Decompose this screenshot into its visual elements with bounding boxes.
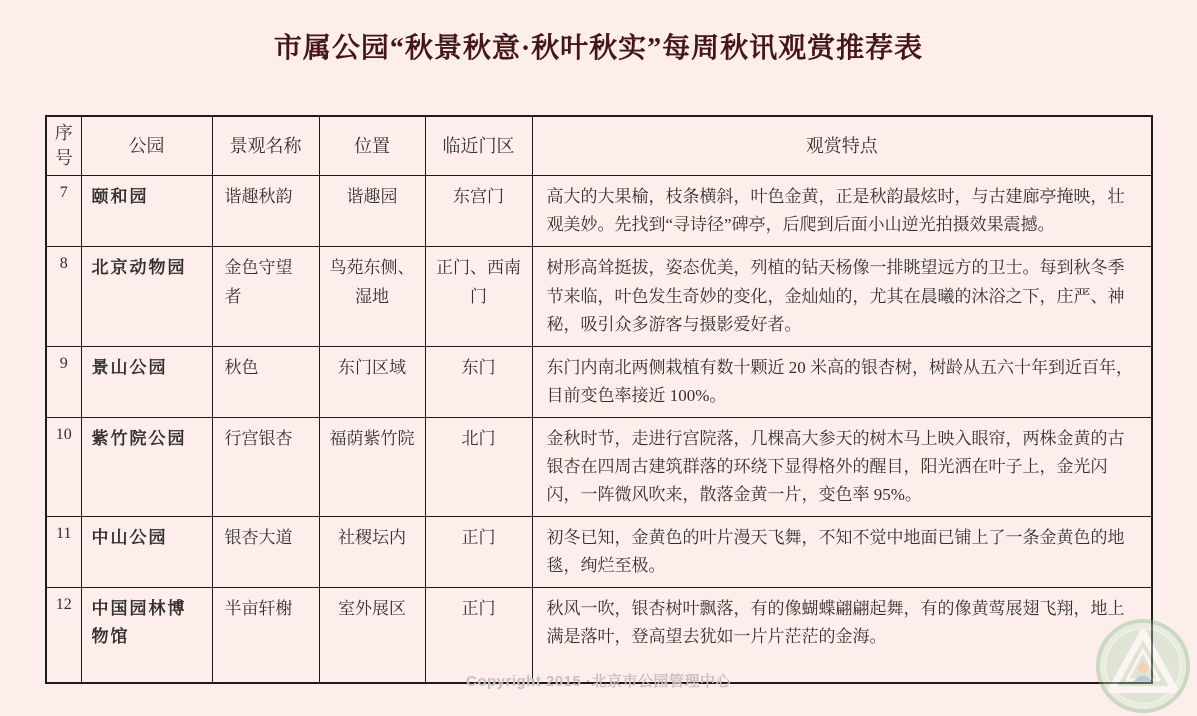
table-row: 8 北京动物园 金色守望者 鸟苑东侧、湿地 正门、西南门 树形高耸挺拔，姿态优美… xyxy=(46,247,1152,346)
cell-viewing-features: 树形高耸挺拔，姿态优美，列植的钻天杨像一排眺望远方的卫士。每到秋冬季节来临，叶色… xyxy=(532,247,1152,346)
beijing-parks-emblem-icon xyxy=(1094,617,1192,715)
autumn-recommendation-table: 序号 公园 景观名称 位置 临近门区 观赏特点 7 颐和园 谐趣秋韵 谐趣园 东… xyxy=(45,115,1153,684)
header-serial-number: 序号 xyxy=(46,116,81,176)
cell-location: 福荫紫竹院 xyxy=(319,417,425,516)
cell-location: 谐趣园 xyxy=(319,176,425,247)
header-scenic-name: 景观名称 xyxy=(212,116,319,176)
cell-viewing-features: 高大的大果榆，枝条横斜，叶色金黄，正是秋韵最炫时，与古建廊亭掩映，壮观美妙。先找… xyxy=(532,176,1152,247)
table-header-row: 序号 公园 景观名称 位置 临近门区 观赏特点 xyxy=(46,116,1152,176)
table-row: 7 颐和园 谐趣秋韵 谐趣园 东宫门 高大的大果榆，枝条横斜，叶色金黄，正是秋韵… xyxy=(46,176,1152,247)
cell-location: 社稷坛内 xyxy=(319,516,425,587)
cell-serial-number: 9 xyxy=(46,346,81,417)
header-location: 位置 xyxy=(319,116,425,176)
cell-nearby-gate: 正门 xyxy=(425,516,532,587)
cell-nearby-gate: 东门 xyxy=(425,346,532,417)
header-nearby-gate: 临近门区 xyxy=(425,116,532,176)
cell-location: 东门区域 xyxy=(319,346,425,417)
cell-scenic-name: 金色守望者 xyxy=(212,247,319,346)
cell-nearby-gate: 东宫门 xyxy=(425,176,532,247)
cell-park: 景山公园 xyxy=(81,346,212,417)
cell-park: 北京动物园 xyxy=(81,247,212,346)
cell-scenic-name: 秋色 xyxy=(212,346,319,417)
header-viewing-features: 观赏特点 xyxy=(532,116,1152,176)
cell-serial-number: 8 xyxy=(46,247,81,346)
header-park: 公园 xyxy=(81,116,212,176)
cell-park: 颐和园 xyxy=(81,176,212,247)
cell-viewing-features: 东门内南北两侧栽植有数十颗近 20 米高的银杏树，树龄从五六十年到近百年，目前变… xyxy=(532,346,1152,417)
cell-park: 中山公园 xyxy=(81,516,212,587)
cell-nearby-gate: 北门 xyxy=(425,417,532,516)
cell-viewing-features: 金秋时节，走进行宫院落，几棵高大参天的树木马上映入眼帘，两株金黄的古银杏在四周古… xyxy=(532,417,1152,516)
table-row: 11 中山公园 银杏大道 社稷坛内 正门 初冬已知，金黄色的叶片漫天飞舞，不知不… xyxy=(46,516,1152,587)
cell-viewing-features: 初冬已知，金黄色的叶片漫天飞舞，不知不觉中地面已铺上了一条金黄色的地毯，绚烂至极… xyxy=(532,516,1152,587)
cell-scenic-name: 银杏大道 xyxy=(212,516,319,587)
cell-serial-number: 10 xyxy=(46,417,81,516)
copyright-text: Copyright 2015 ·北京市公园管理中心 xyxy=(0,670,1197,691)
page-title: 市属公园“秋景秋意·秋叶秋实”每周秋讯观赏推荐表 xyxy=(0,26,1197,66)
table-row: 9 景山公园 秋色 东门区域 东门 东门内南北两侧栽植有数十颗近 20 米高的银… xyxy=(46,346,1152,417)
cell-serial-number: 11 xyxy=(46,516,81,587)
cell-nearby-gate: 正门、西南门 xyxy=(425,247,532,346)
cell-scenic-name: 谐趣秋韵 xyxy=(212,176,319,247)
cell-serial-number: 7 xyxy=(46,176,81,247)
cell-location: 鸟苑东侧、湿地 xyxy=(319,247,425,346)
cell-park: 紫竹院公园 xyxy=(81,417,212,516)
table-row: 10 紫竹院公园 行宫银杏 福荫紫竹院 北门 金秋时节，走进行宫院落，几棵高大参… xyxy=(46,417,1152,516)
cell-scenic-name: 行宫银杏 xyxy=(212,417,319,516)
